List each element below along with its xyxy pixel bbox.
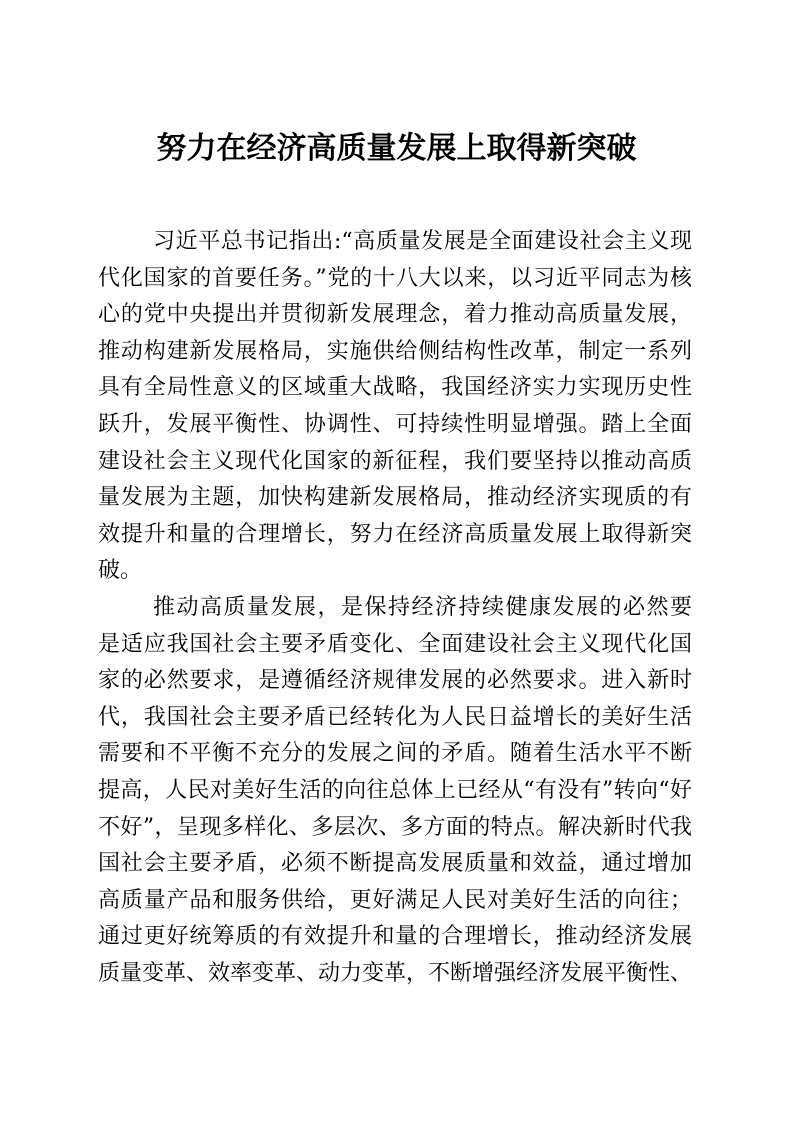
text-line: 提高，人民对美好生活的向往总体上已经从“有没有”转向“好 (98, 773, 692, 810)
paragraph: 习近平总书记指出:“高质量发展是全面建设社会主义现代化国家的首要任务。”党的十八… (98, 224, 692, 590)
document-page: 努力在经济高质量发展上取得新突破 习近平总书记指出:“高质量发展是全面建设社会主… (0, 0, 793, 1122)
text-line: 代，我国社会主要矛盾已经转化为人民日益增长的美好生活 (98, 700, 692, 737)
text-line: 建设社会主义现代化国家的新征程，我们要坚持以推动高质 (98, 444, 692, 481)
text-line: 心的党中央提出并贯彻新发展理念，着力推动高质量发展， (98, 297, 692, 334)
document-body: 习近平总书记指出:“高质量发展是全面建设社会主义现代化国家的首要任务。”党的十八… (98, 224, 692, 992)
text-line: 国社会主要矛盾，必须不断提高发展质量和效益，通过增加 (98, 846, 692, 883)
text-line: 习近平总书记指出:“高质量发展是全面建设社会主义现 (98, 224, 692, 261)
paragraph: 推动高质量发展，是保持经济持续健康发展的必然要求，是适应我国社会主要矛盾变化、全… (98, 590, 692, 993)
document-title: 努力在经济高质量发展上取得新突破 (0, 127, 793, 171)
text-line: 家的必然要求，是遵循经济规律发展的必然要求。进入新时 (98, 663, 692, 700)
text-line: 具有全局性意义的区域重大战略，我国经济实力实现历史性 (98, 370, 692, 407)
text-line: 破。 (98, 553, 692, 590)
text-line: 推动构建新发展格局，实施供给侧结构性改革，制定一系列 (98, 334, 692, 371)
text-line: 不好”，呈现多样化、多层次、多方面的特点。解决新时代我 (98, 810, 692, 847)
text-line: 需要和不平衡不充分的发展之间的矛盾。随着生活水平不断 (98, 736, 692, 773)
text-line: 量发展为主题，加快构建新发展格局，推动经济实现质的有 (98, 480, 692, 517)
text-line: 效提升和量的合理增长，努力在经济高质量发展上取得新突 (98, 517, 692, 554)
text-line: 质量变革、效率变革、动力变革，不断增强经济发展平衡性、 (98, 956, 692, 993)
text-line: 推动高质量发展，是保持经济持续健康发展的必然要求， (98, 590, 692, 627)
text-line: 是适应我国社会主要矛盾变化、全面建设社会主义现代化国 (98, 627, 692, 664)
text-line: 高质量产品和服务供给，更好满足人民对美好生活的向往； (98, 883, 692, 920)
text-line: 跃升，发展平衡性、协调性、可持续性明显增强。踏上全面 (98, 407, 692, 444)
text-line: 代化国家的首要任务。”党的十八大以来，以习近平同志为核 (98, 261, 692, 298)
text-line: 通过更好统筹质的有效提升和量的合理增长，推动经济发展 (98, 919, 692, 956)
